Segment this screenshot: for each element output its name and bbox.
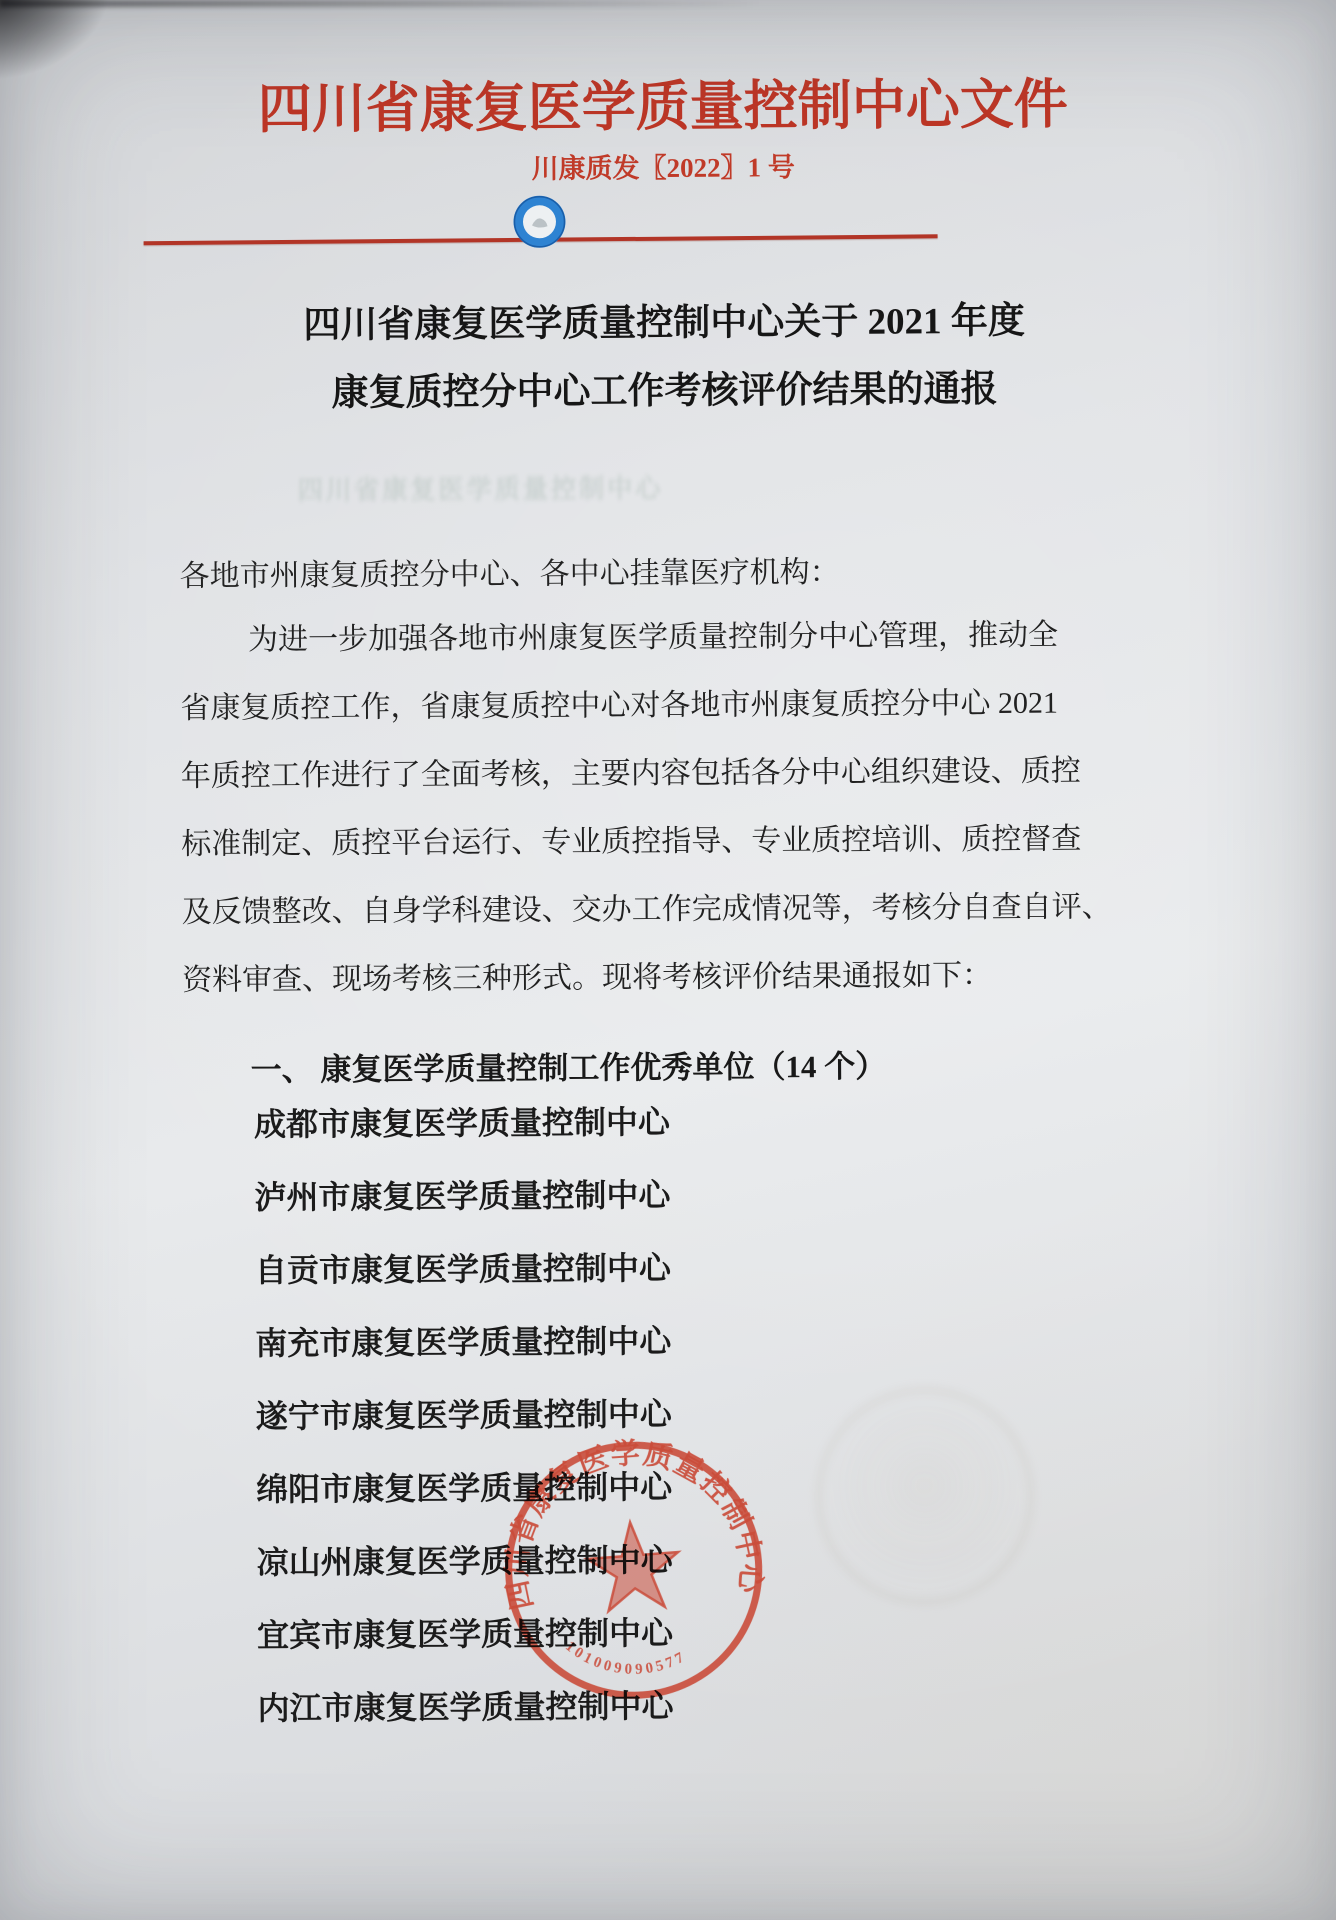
para-line: 标准制定、质控平台运行、专业质控指导、专业质控培训、质控督查	[181, 820, 1005, 893]
document-photo: 四川省康复医学质量控制中心文件 川康质发〖2022〗1 号 四川省康复医学质量控…	[0, 0, 1336, 1920]
org-emblem-icon	[512, 195, 566, 249]
unit-list-item: 遂宁市康复医学质量控制中心	[256, 1396, 672, 1435]
body-paragraph: 为进一步加强各地市州康复医学质量控制分中心管理，推动全 省康复质控工作，省康复质…	[180, 616, 1006, 1029]
doc-title-line2: 康复质控分中心工作考核评价结果的通报	[0, 356, 1333, 418]
paper-page: 四川省康复医学质量控制中心文件 川康质发〖2022〗1 号 四川省康复医学质量控…	[0, 0, 1336, 1920]
ghost-seal-bleed	[815, 1386, 1035, 1606]
doc-number: 川康质发〖2022〗1 号	[0, 142, 1331, 189]
para-line: 及反馈整改、自身学科建设、交办工作完成情况等，考核分自查自评、	[182, 888, 1006, 961]
unit-list-item: 自贡市康复医学质量控制中心	[255, 1250, 671, 1289]
official-seal: 四川省康复医学质量控制中心 101009090577	[490, 1426, 778, 1714]
unit-list-item: 泸州市康复医学质量控制中心	[254, 1177, 670, 1216]
unit-list-item: 南充市康复医学质量控制中心	[255, 1323, 671, 1362]
salutation: 各地市州康复质控分中心、各中心挂靠医疗机构：	[179, 547, 839, 595]
doc-title-line1: 四川省康复医学质量控制中心关于 2021 年度	[0, 288, 1332, 350]
para-line: 省康复质控工作，省康复质控中心对各地市州康复质控分中心 2021	[180, 684, 1004, 757]
header-org-title: 四川省康复医学质量控制中心文件	[0, 60, 1331, 145]
unit-list-item: 成都市康复医学质量控制中心	[254, 1104, 670, 1143]
ghost-title-bleed: 四川省康复医学质量控制中心	[298, 468, 664, 507]
seal-star-icon	[585, 1519, 683, 1612]
para-line: 资料审查、现场考核三种形式。现将考核评价结果通报如下：	[182, 956, 1006, 1029]
para-line: 为进一步加强各地市州康复医学质量控制分中心管理，推动全	[180, 616, 1004, 689]
para-line: 年质控工作进行了全面考核，主要内容包括各分中心组织建设、质控	[181, 752, 1005, 825]
seal-code-text: 101009090577	[561, 1630, 690, 1684]
section-heading: 一、 康复医学质量控制工作优秀单位（14 个）	[251, 1041, 887, 1090]
